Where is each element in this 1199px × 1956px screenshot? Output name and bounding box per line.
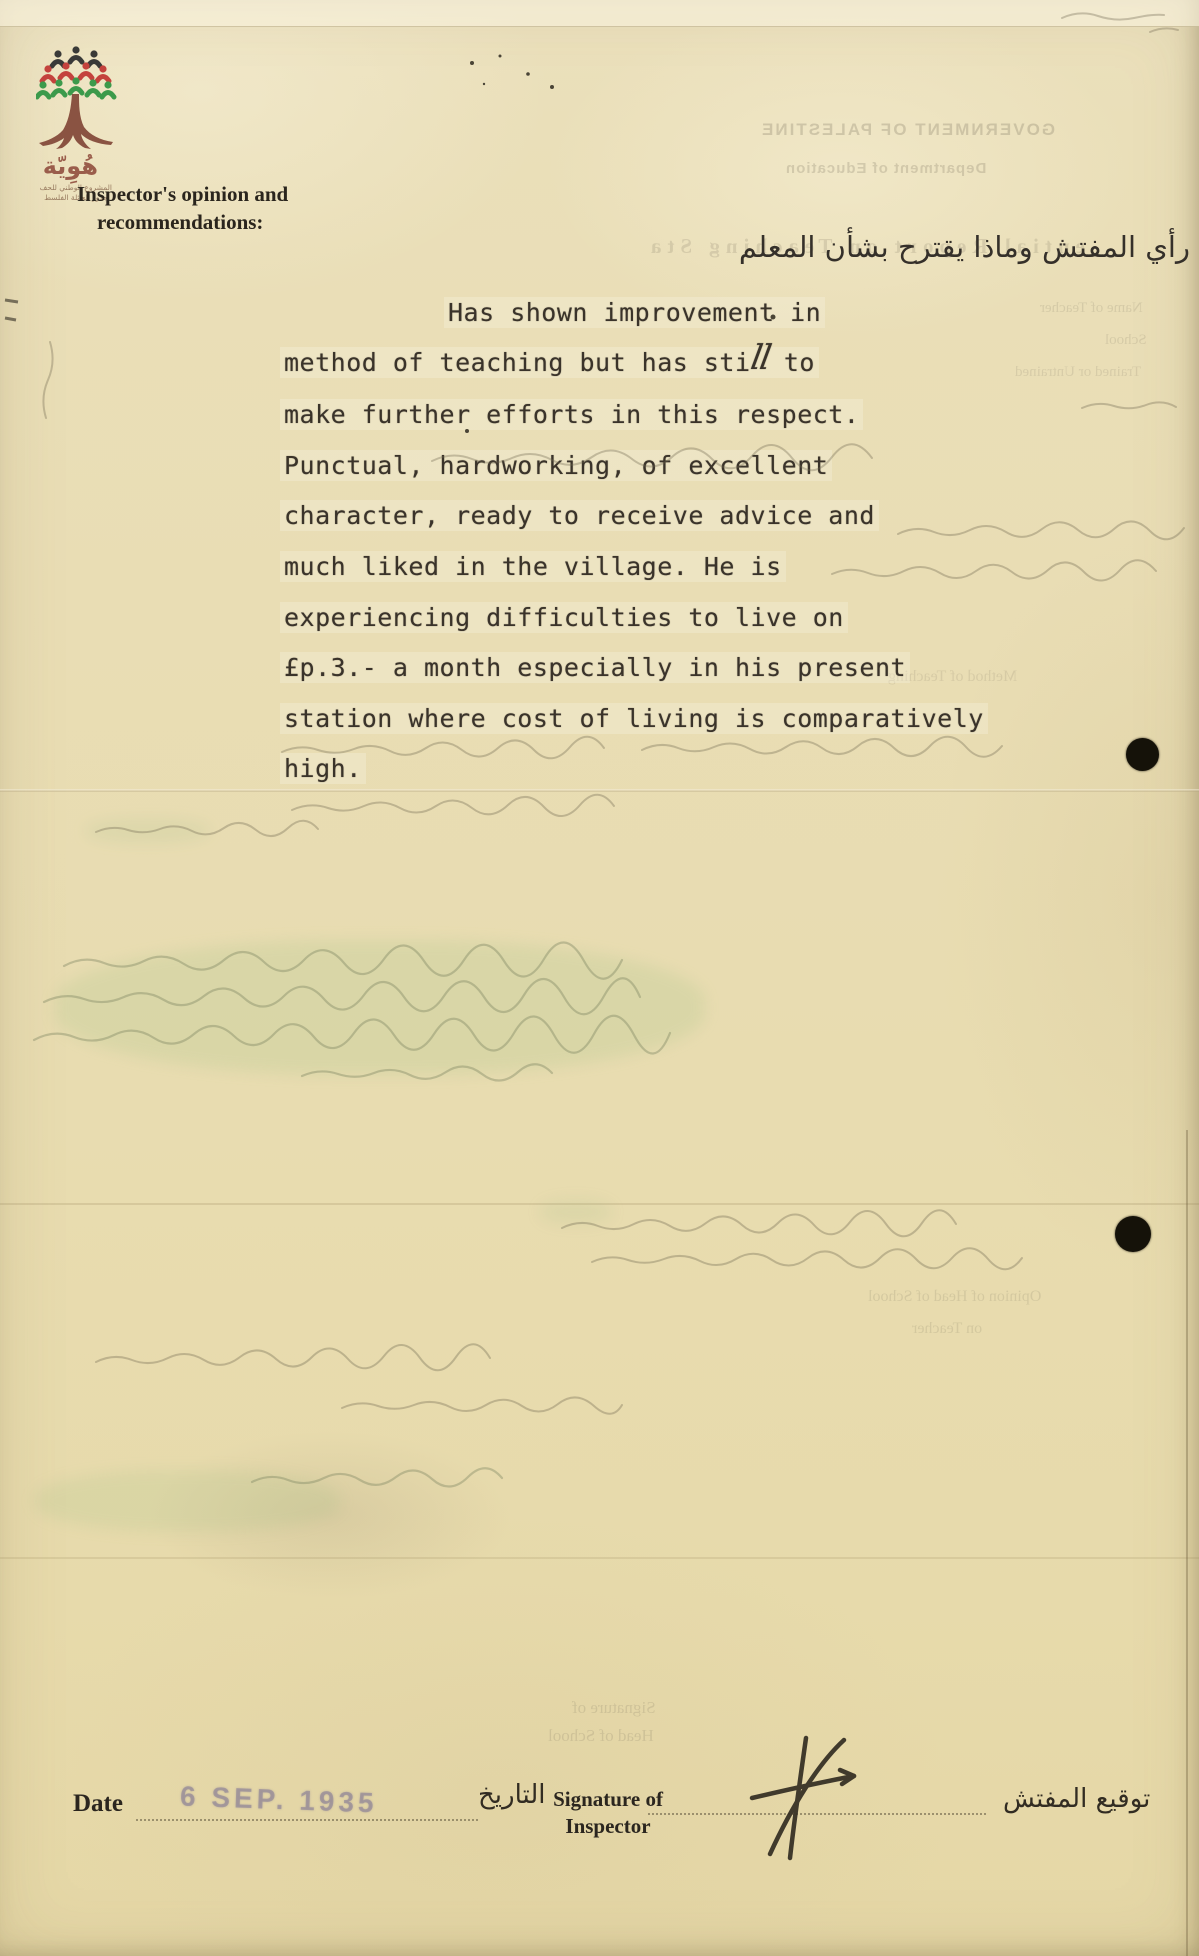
date-fill-line: [136, 1818, 478, 1821]
pencil-arabic-squiggles: [43, 13, 1184, 1413]
inspector-signature-mark: [735, 1722, 885, 1867]
ink-specks: [465, 55, 776, 434]
margin-dashes: [5, 300, 18, 320]
faded-handwriting-marks: [0, 0, 1199, 1956]
date-label: Date: [73, 1790, 123, 1818]
signature-label-line2: Inspector: [548, 1813, 668, 1840]
date-label-arabic: التاريخ: [478, 1780, 546, 1810]
signature-label-line1: Signature of: [548, 1786, 668, 1813]
scanned-document-page: GOVERNMENT OF PALESTINE Department of Ed…: [0, 0, 1199, 1956]
signature-label-arabic: توقيع المفتش: [1003, 1784, 1150, 1814]
date-stamp: 6 SEP. 1935: [180, 1781, 379, 1820]
punch-hole: [1115, 1216, 1151, 1252]
punch-hole: [1126, 738, 1159, 771]
